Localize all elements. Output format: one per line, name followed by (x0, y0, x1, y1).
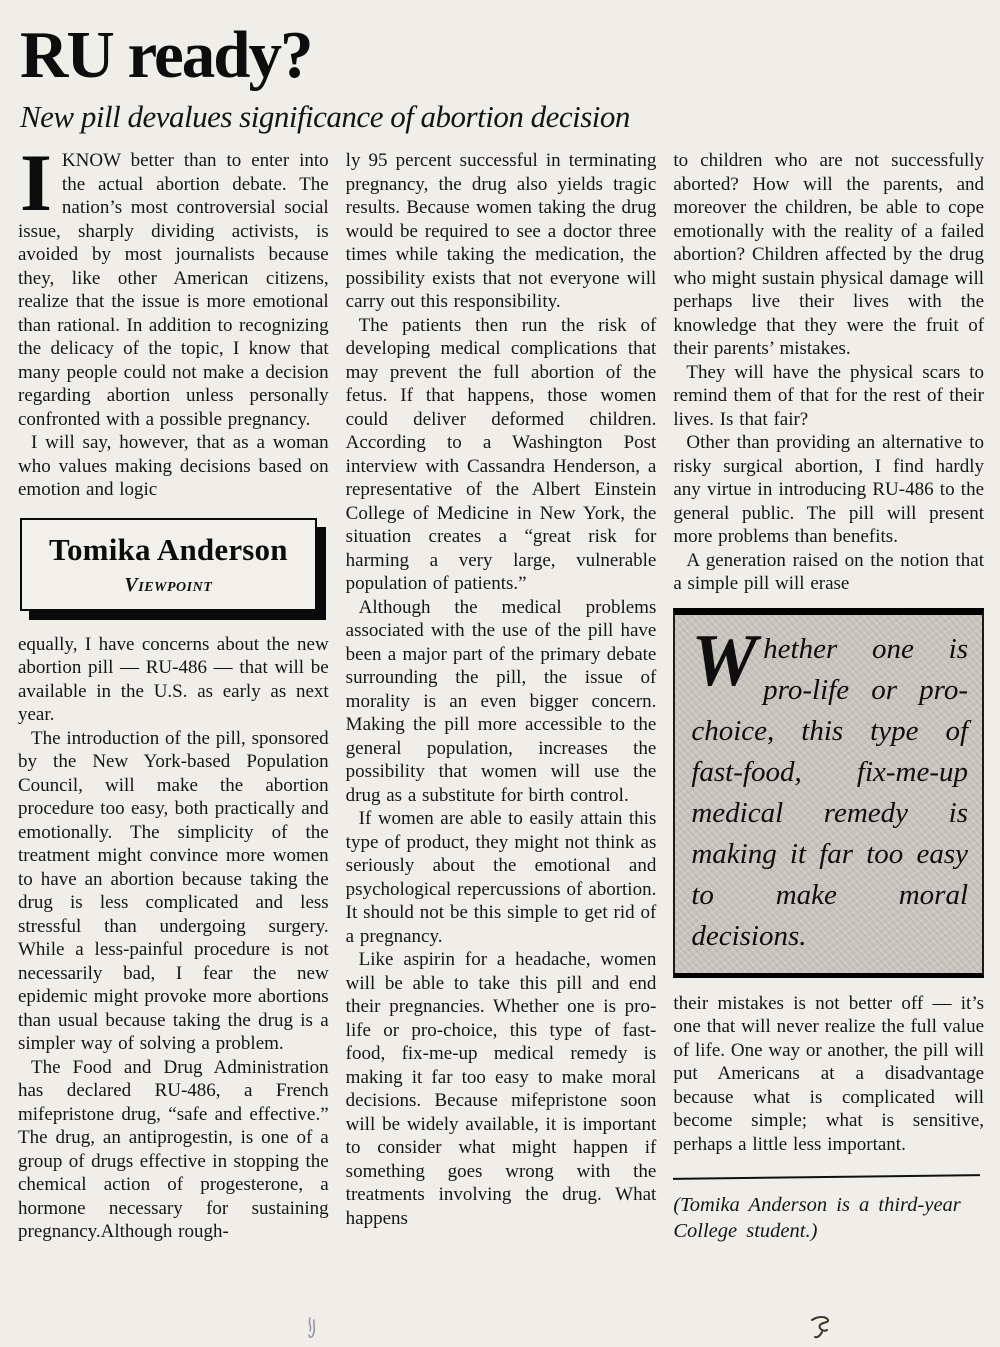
paragraph: Other than providing an alternative to r… (673, 431, 984, 549)
column-3: to children who are not successfully abo… (673, 149, 984, 1244)
footnote-text: (Tomika Anderson is a third-year College… (673, 1192, 984, 1244)
paragraph: If women are able to easily attain this … (346, 807, 657, 948)
paragraph: Although the medical problems associated… (346, 596, 657, 808)
article-columns: IKNOW better than to enter into the actu… (18, 149, 984, 1244)
paragraph: equally, I have concerns about the new a… (18, 633, 329, 727)
paragraph: I will say, however, that as a woman who… (18, 431, 329, 502)
paragraph: A generation raised on the notion that a… (673, 549, 984, 596)
footer-divider (673, 1174, 980, 1180)
byline-section-label: Viewpoint (26, 574, 311, 597)
paragraph: their mistakes is not better off — it’s … (673, 992, 984, 1157)
paragraph: ly 95 percent successful in terminating … (346, 149, 657, 314)
byline-author: Tomika Anderson (26, 532, 311, 568)
drop-cap: I (18, 149, 62, 214)
author-footnote: (Tomika Anderson is a third-year College… (673, 1192, 984, 1244)
pen-mark-icon (304, 1316, 326, 1342)
paragraph: The patients then run the risk of develo… (346, 314, 657, 596)
paragraph: They will have the physical scars to rem… (673, 361, 984, 432)
paragraph-text: KNOW better than to enter into the actua… (18, 150, 329, 430)
column-2: ly 95 percent successful in terminating … (346, 149, 657, 1230)
paragraph: The introduction of the pill, sponsored … (18, 727, 329, 1056)
article-headline: RU ready? (20, 22, 984, 89)
column-1: IKNOW better than to enter into the actu… (18, 149, 329, 1244)
pull-quote-text: Whether one is pro-life or pro-choice, t… (691, 629, 968, 957)
paragraph: IKNOW better than to enter into the actu… (18, 149, 329, 431)
byline-box: Tomika Anderson Viewpoint (20, 518, 317, 611)
paragraph: to children who are not successfully abo… (673, 149, 984, 361)
drop-cap: W (691, 629, 763, 688)
article-subhead: New pill devalues significance of aborti… (20, 99, 984, 135)
pen-mark-icon (808, 1312, 834, 1342)
paragraph: The Food and Drug Administration has dec… (18, 1056, 329, 1244)
pull-quote-box: Whether one is pro-life or pro-choice, t… (673, 608, 984, 978)
paragraph: Like aspirin for a headache, women will … (346, 948, 657, 1230)
newspaper-page: RU ready? New pill devalues significance… (0, 0, 1000, 1244)
